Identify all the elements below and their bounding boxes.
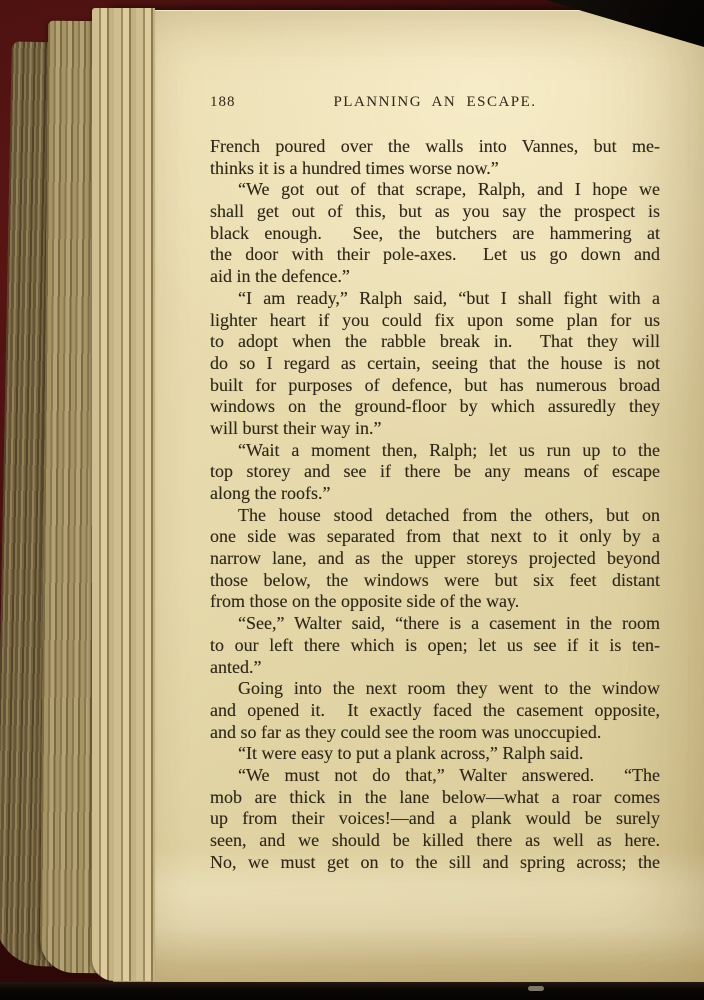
text-line: to adopt when the rabble break in. That … — [210, 331, 660, 353]
paragraph: French poured over the walls into Vannes… — [210, 136, 660, 179]
text-line: top storey and see if there be any means… — [210, 461, 660, 483]
text-line: those below, the windows were but six fe… — [210, 570, 660, 592]
text-line: and opened it. It exactly faced the case… — [210, 700, 660, 722]
paragraph: Going into the next room they went to th… — [210, 678, 660, 743]
text-line: narrow lane, and as the upper storeys pr… — [210, 548, 660, 570]
text-line: black enough. See, the butchers are hamm… — [210, 223, 660, 245]
text-line: “I am ready,” Ralph said, “but I shall f… — [210, 288, 660, 310]
text-line: “Wait a moment then, Ralph; let us run u… — [210, 440, 660, 462]
body-text: French poured over the walls into Vannes… — [210, 136, 660, 873]
text-line: “We got out of that scrape, Ralph, and I… — [210, 179, 660, 201]
page-number: 188 — [210, 94, 236, 111]
paragraph: “We got out of that scrape, Ralph, and I… — [210, 179, 660, 287]
text-line: to our left there which is open; let us … — [210, 635, 660, 657]
text-line: “We must not do that,” Walter answered. … — [210, 765, 660, 787]
text-line: lighter heart if you could fix upon some… — [210, 310, 660, 332]
bottom-edge-glint — [528, 986, 544, 991]
paragraph: The house stood detached from the others… — [210, 505, 660, 613]
text-line: one side was separated from that next to… — [210, 526, 660, 548]
page-edge-stack-inner — [92, 8, 155, 981]
text-line: “It were easy to put a plank across,” Ra… — [210, 743, 660, 765]
text-line: seen, and we should be killed there as w… — [210, 830, 660, 852]
text-line: The house stood detached from the others… — [210, 505, 660, 527]
text-line: built for purposes of defence, but has n… — [210, 375, 660, 397]
book-photo: 188 PLANNING AN ESCAPE. French poured ov… — [0, 0, 704, 1000]
text-line: will burst their way in.” — [210, 418, 660, 440]
paragraph: “We must not do that,” Walter answered. … — [210, 765, 660, 873]
text-line: and so far as they could see the room wa… — [210, 722, 660, 744]
running-title: PLANNING AN ESCAPE. — [333, 94, 536, 110]
text-line: along the roofs.” — [210, 483, 660, 505]
text-line: windows on the ground-floor by which ass… — [210, 396, 660, 418]
text-line: up from their voices!—and a plank would … — [210, 808, 660, 830]
page-text: 188 PLANNING AN ESCAPE. French poured ov… — [210, 94, 660, 114]
text-line: No, we must get on to the sill and sprin… — [210, 852, 660, 874]
bottom-dark-edge — [0, 982, 704, 1000]
text-line: from those on the opposite side of the w… — [210, 591, 660, 613]
paragraph: “I am ready,” Ralph said, “but I shall f… — [210, 288, 660, 440]
text-line: aid in the defence.” — [210, 266, 660, 288]
text-line: Going into the next room they went to th… — [210, 678, 660, 700]
book-page-edges — [0, 0, 170, 1000]
text-line: mob are thick in the lane below—what a r… — [210, 787, 660, 809]
text-line: French poured over the walls into Vannes… — [210, 136, 660, 158]
text-line: thinks it is a hundred times worse now.” — [210, 158, 660, 180]
text-line: anted.” — [210, 657, 660, 679]
paragraph: “It were easy to put a plank across,” Ra… — [210, 743, 660, 765]
text-line: the door with their pole-axes. Let us go… — [210, 244, 660, 266]
paragraph: “Wait a moment then, Ralph; let us run u… — [210, 440, 660, 505]
text-line: “See,” Walter said, “there is a casement… — [210, 613, 660, 635]
page-header: 188 PLANNING AN ESCAPE. — [210, 94, 660, 114]
text-line: do so I regard as certain, seeing that t… — [210, 353, 660, 375]
text-line: shall get out of this, but as you say th… — [210, 201, 660, 223]
paragraph: “See,” Walter said, “there is a casement… — [210, 613, 660, 678]
